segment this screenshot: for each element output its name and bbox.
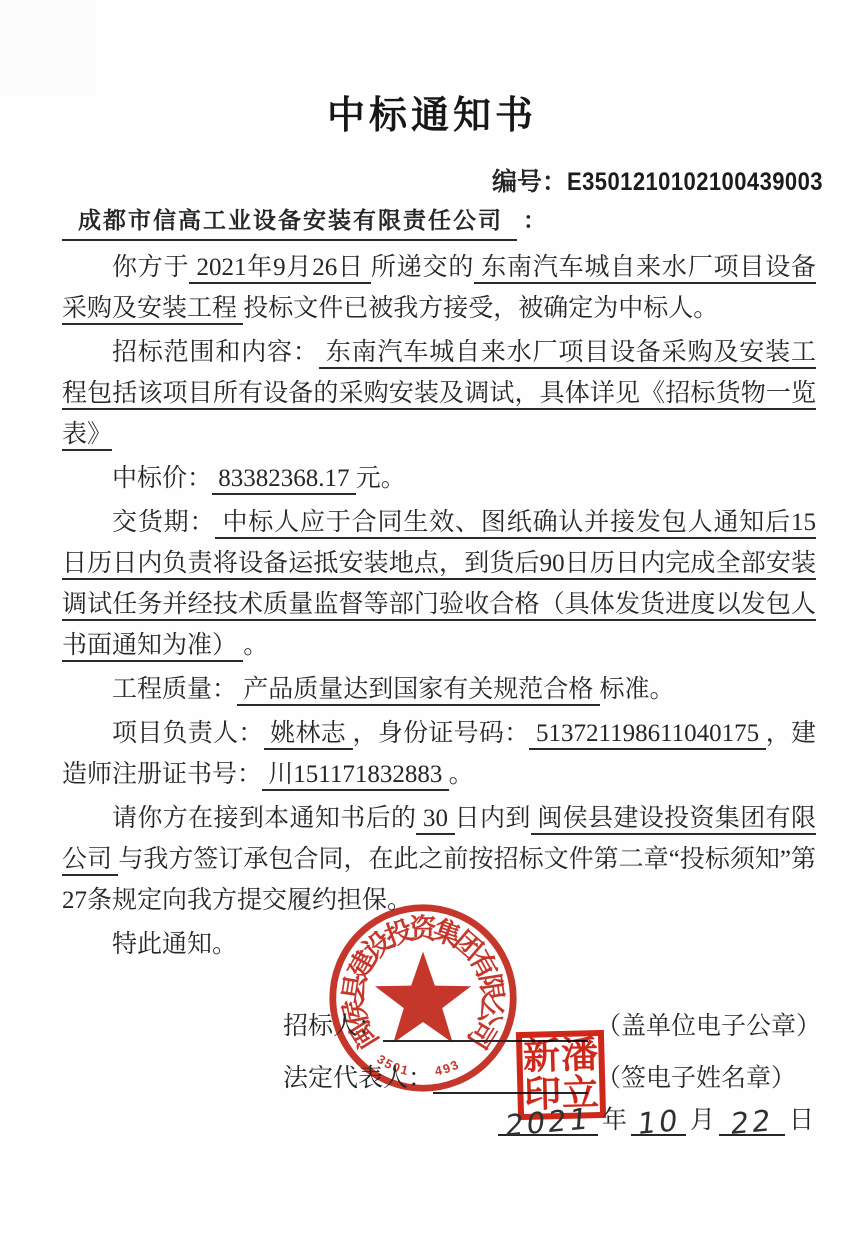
text: 请你方在接到本通知书后的	[112, 805, 416, 832]
text: 所递交的	[371, 254, 474, 281]
addressee-line: 成都市信高工业设备安装有限责任公司：	[62, 202, 546, 241]
year-blank: 2021	[498, 1104, 598, 1136]
underlined-text: 83382368.17	[212, 465, 356, 495]
underlined-text: 30	[416, 805, 454, 835]
paragraph: 招标范围和内容： 东南汽车城自来水厂项目设备采购及安装工程包括该项目所有设备的采…	[62, 332, 816, 455]
page-title: 中标通知书	[0, 84, 864, 139]
text: 投标文件已被我方接受，被确定为中标人。	[243, 295, 718, 322]
text: 招标范围和内容：	[112, 339, 319, 366]
underlined-text: 513721198611040175	[529, 720, 765, 750]
document-number-line: 编号：E3501210102100439003	[492, 162, 858, 198]
legal-seal-note: （签电子姓名章）	[596, 1065, 796, 1092]
text: 工程质量：	[112, 676, 237, 703]
body-paragraphs: 你方于 2021年9月26日 所递交的 东南汽车城自来水厂项目设备采购及安装工程…	[62, 247, 816, 968]
bidder-seal-note: （盖单位电子公章）	[596, 1013, 821, 1040]
date-line: 2021年10月22日	[498, 1100, 818, 1136]
text: 标准。	[600, 676, 675, 703]
text: 你方于	[112, 254, 189, 281]
underlined-text: 产品质量达到国家有关规范合格	[237, 676, 600, 706]
bidder-label: 招标人：	[283, 1013, 383, 1040]
paragraph: 中标价： 83382368.17 元。	[62, 458, 816, 499]
scan-corner-shade	[0, 0, 96, 96]
addressee-colon: ：	[523, 208, 546, 233]
underlined-text: 川151171832883	[262, 761, 449, 791]
month-unit: 月	[690, 1107, 715, 1134]
underlined-text: 2021年9月26日	[189, 254, 370, 284]
text: 日内到	[455, 805, 531, 832]
text: 项目负责人：	[112, 720, 264, 747]
day-unit: 日	[789, 1107, 814, 1134]
paragraph: 你方于 2021年9月26日 所递交的 东南汽车城自来水厂项目设备采购及安装工程…	[62, 247, 816, 329]
text: 特此通知。	[112, 931, 237, 958]
month-blank: 10	[631, 1104, 686, 1136]
handwritten-month: 10	[636, 1106, 681, 1139]
paragraph: 项目负责人： 姚林志 ，身份证号码： 513721198611040175 ，建…	[62, 713, 816, 795]
day-blank: 22	[719, 1104, 785, 1136]
text: 。	[449, 761, 474, 788]
handwritten-year: 2021	[504, 1104, 592, 1141]
addressee-company-name: 成都市信高工业设备安装有限责任公司	[62, 202, 517, 241]
underlined-text: 姚林志	[264, 720, 353, 750]
text: ，身份证号码：	[353, 720, 530, 747]
text: 。	[243, 632, 268, 659]
name-seal-char: 新	[522, 1037, 561, 1076]
document-number-label: 编号：	[492, 169, 567, 196]
legal-representative-label: 法定代表人：	[283, 1065, 433, 1092]
paragraph: 交货期： 中标人应于合同生效、图纸确认并接发包人通知后15日历日内负责将设备运抵…	[62, 502, 816, 666]
text: 中标价：	[112, 465, 212, 492]
text: 元。	[356, 465, 406, 492]
paragraph: 工程质量： 产品质量达到国家有关规范合格 标准。	[62, 669, 816, 710]
handwritten-day: 22	[729, 1106, 774, 1139]
year-unit: 年	[602, 1107, 627, 1134]
text: 交货期：	[112, 509, 215, 536]
name-seal-char: 潘	[560, 1036, 599, 1075]
document-number-value: E3501210102100439003	[567, 168, 823, 197]
award-notice-document: 中标通知书 编号：E3501210102100439003 成都市信高工业设备安…	[0, 0, 864, 1260]
